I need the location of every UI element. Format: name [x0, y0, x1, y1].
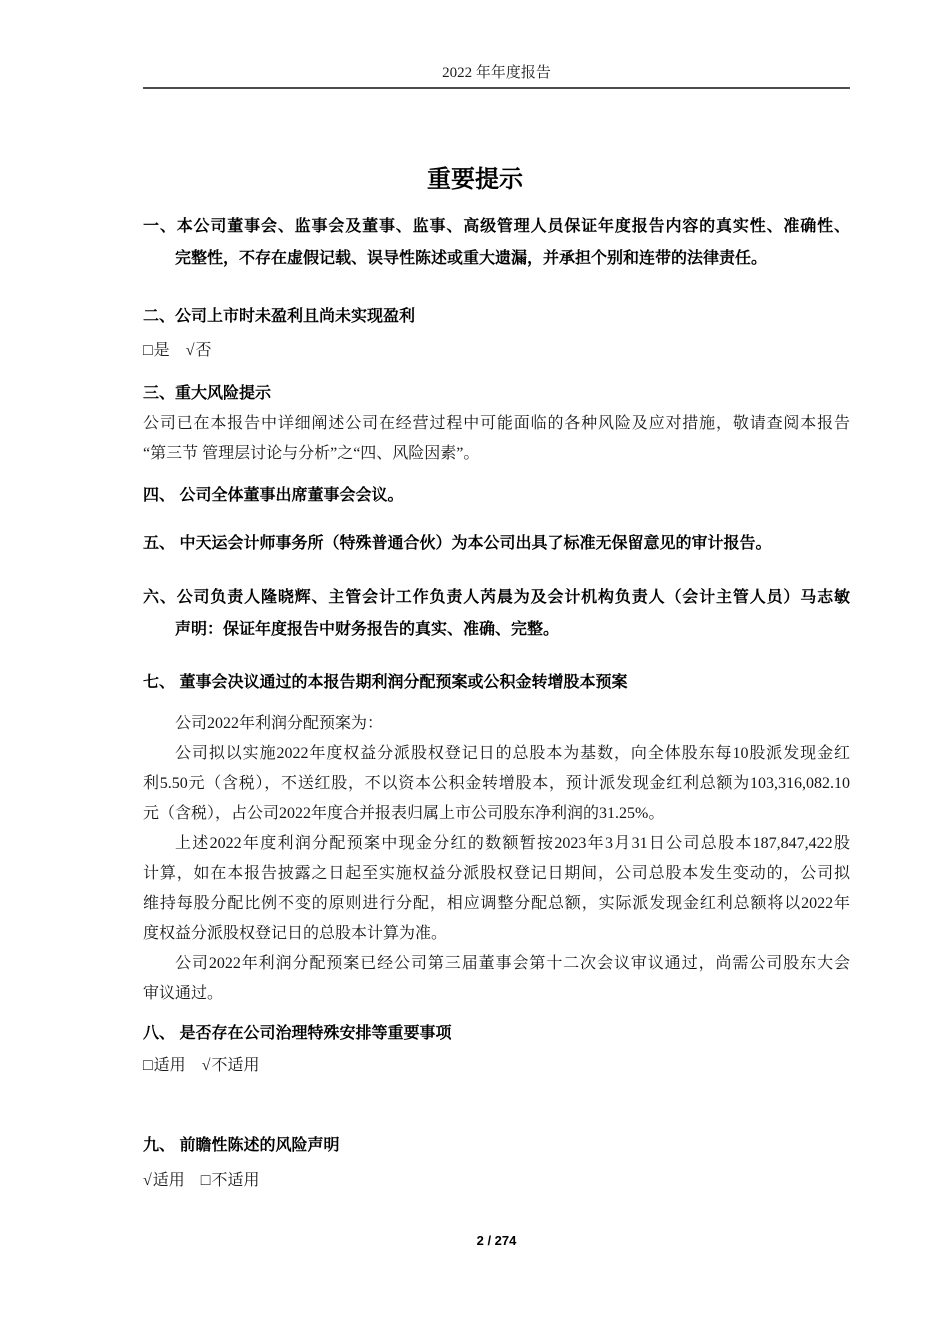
text-line: 利5.50元（含税），不送红股，不以资本公积金转增股本，预计派发现金红利总额为1…	[143, 769, 850, 799]
page-title: 重要提示	[0, 163, 950, 197]
option-label: 不适用	[211, 1057, 259, 1074]
text-line: 公司2022年利润分配预案已经公司第三届董事会第十二次会议审议通过，尚需公司股东…	[143, 949, 850, 979]
text-line: 审议通过。	[143, 979, 850, 1009]
check-icon: √	[186, 342, 195, 359]
section-7-paragraph-1: 公司2022年利润分配预案为：	[143, 709, 850, 739]
checkbox-unchecked-icon: □	[201, 1172, 211, 1189]
section-9-heading: 九、 前瞻性陈述的风险声明	[143, 1131, 850, 1161]
text-line: 维持每股分配比例不变的原则进行分配，相应调整分配总额，实际派发现金红利总额将以2…	[143, 889, 850, 919]
section-1-heading: 一、本公司董事会、监事会及董事、监事、高级管理人员保证年度报告内容的真实性、准确…	[143, 211, 850, 275]
header-title: 2022 年年度报告	[442, 65, 551, 81]
option-label: 否	[195, 342, 211, 359]
section-7-paragraph-4: 公司2022年利润分配预案已经公司第三届董事会第十二次会议审议通过，尚需公司股东…	[143, 949, 850, 1009]
option-label: 适用	[153, 1172, 185, 1189]
option-not-applicable: √不适用	[202, 1057, 260, 1074]
text-line: 元（含税），占公司2022年度合并报表归属上市公司股东净利润的31.25%。	[143, 799, 850, 829]
section-7-paragraph-2: 公司拟以实施2022年度权益分派股权登记日的总股本为基数，向全体股东每10股派发…	[143, 739, 850, 829]
check-icon: √	[202, 1057, 211, 1074]
text-line: 声明：保证年度报告中财务报告的真实、准确、完整。	[143, 614, 850, 646]
option-label: 适用	[154, 1057, 186, 1074]
section-2-options: □是 √否	[143, 336, 850, 366]
section-3-heading: 三、重大风险提示	[143, 379, 850, 409]
section-6-heading: 六、公司负责人隆晓辉、主管会计工作负责人芮晨为及会计机构负责人（会计主管人员）马…	[143, 582, 850, 646]
text-line: 公司已在本报告中详细阐述公司在经营过程中可能面临的各种风险及应对措施，敬请查阅本…	[143, 409, 850, 439]
check-icon: √	[143, 1172, 152, 1189]
option-label: 不适用	[211, 1172, 259, 1189]
text-line: 公司2022年利润分配预案为：	[143, 709, 850, 739]
text-line: 计算，如在本报告披露之日起至实施权益分派股权登记日期间，公司总股本发生变动的，公…	[143, 859, 850, 889]
option-applicable: √适用	[143, 1172, 185, 1189]
checkbox-unchecked-icon: □	[143, 342, 153, 359]
checkbox-unchecked-icon: □	[143, 1057, 153, 1074]
text-line: 六、公司负责人隆晓辉、主管会计工作负责人芮晨为及会计机构负责人（会计主管人员）马…	[143, 582, 850, 614]
option-yes: □是	[143, 342, 170, 359]
text-line: 公司拟以实施2022年度权益分派股权登记日的总股本为基数，向全体股东每10股派发…	[143, 739, 850, 769]
text-line: “第三节 管理层讨论与分析”之“四、风险因素”。	[143, 439, 850, 469]
text-line: 上述2022年度利润分配预案中现金分红的数额暂按2023年3月31日公司总股本1…	[143, 829, 850, 859]
section-2-heading: 二、公司上市时未盈利且尚未实现盈利	[143, 302, 850, 332]
report-page: 2022 年年度报告 重要提示 一、本公司董事会、监事会及董事、监事、高级管理人…	[0, 0, 950, 1344]
section-5-heading: 五、 中天运会计师事务所（特殊普通合伙）为本公司出具了标准无保留意见的审计报告。	[143, 529, 850, 559]
text-line: 一、本公司董事会、监事会及董事、监事、高级管理人员保证年度报告内容的真实性、准确…	[143, 211, 850, 243]
section-3-paragraph: 公司已在本报告中详细阐述公司在经营过程中可能面临的各种风险及应对措施，敬请查阅本…	[143, 409, 850, 469]
section-8-heading: 八、 是否存在公司治理特殊安排等重要事项	[143, 1019, 850, 1049]
option-applicable: □适用	[143, 1057, 186, 1074]
section-9-options: √适用 □不适用	[143, 1166, 850, 1196]
text-line: 度权益分派股权登记日的总股本计算为准。	[143, 919, 850, 949]
section-7-heading: 七、 董事会决议通过的本报告期利润分配预案或公积金转增股本预案	[143, 668, 850, 698]
document-body: 一、本公司董事会、监事会及董事、监事、高级管理人员保证年度报告内容的真实性、准确…	[143, 211, 850, 1250]
section-7-paragraph-3: 上述2022年度利润分配预案中现金分红的数额暂按2023年3月31日公司总股本1…	[143, 829, 850, 949]
page-header: 2022 年年度报告	[143, 0, 850, 89]
text-line: 完整性，不存在虚假记载、误导性陈述或重大遗漏，并承担个别和连带的法律责任。	[143, 243, 850, 275]
section-8-options: □适用 √不适用	[143, 1051, 850, 1081]
page-number: 2 / 274	[143, 1232, 850, 1250]
section-4-heading: 四、 公司全体董事出席董事会会议。	[143, 481, 850, 511]
option-no: √否	[186, 342, 212, 359]
option-not-applicable: □不适用	[201, 1172, 260, 1189]
option-label: 是	[154, 342, 170, 359]
